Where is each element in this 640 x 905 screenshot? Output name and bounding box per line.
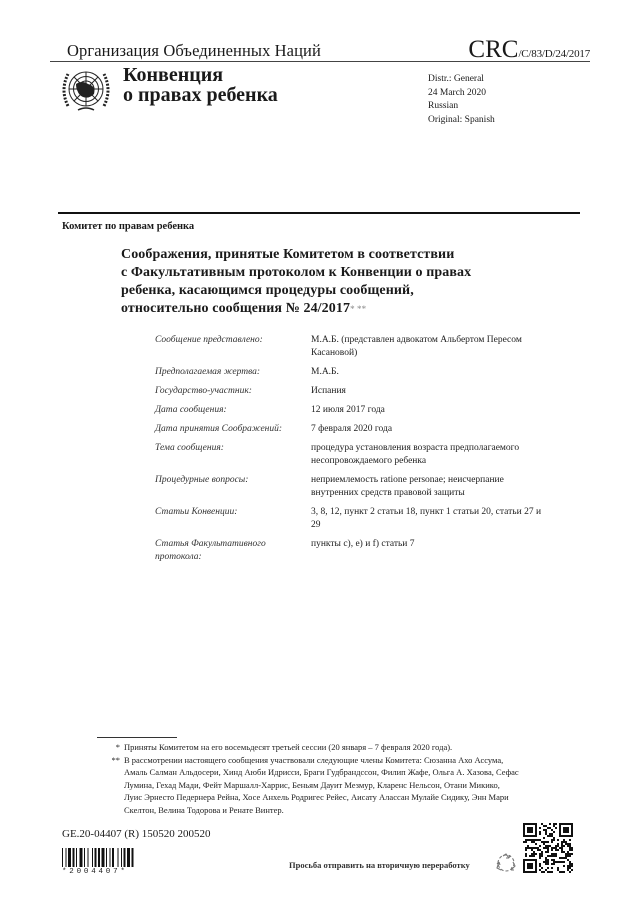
metadata-label: Дата сообщения: — [155, 404, 311, 417]
metadata-label: Тема сообщения: — [155, 442, 311, 468]
footnote-mark: ** — [100, 754, 124, 817]
recycle-notice: Просьба отправить на вторичную переработ… — [289, 860, 470, 870]
metadata-value: М.А.Б. (представлен адвокатом Альбертом … — [311, 334, 545, 360]
title-line: ребенка, касающимся процедуры сообщений, — [121, 282, 471, 300]
convention-title-line1: Конвенция — [123, 65, 278, 85]
metadata-label: Статьи Конвенции: — [155, 506, 311, 532]
distribution-date: 24 March 2020 — [428, 87, 495, 101]
document-symbol: CRC/C/83/D/24/2017 — [468, 36, 590, 64]
barcode-icon — [62, 848, 152, 867]
metadata-row: Статья Факультативного протокола:пункты … — [155, 538, 545, 564]
title-line: с Факультативным протоколом к Конвенции … — [121, 264, 471, 282]
metadata-label: Статья Факультативного протокола: — [155, 538, 311, 564]
metadata-row: Дата сообщения:12 июля 2017 года — [155, 404, 545, 417]
metadata-row: Предполагаемая жертва:М.А.Б. — [155, 366, 545, 379]
footnotes: * Приняты Комитетом на его восемьдесят т… — [100, 741, 520, 816]
metadata-label: Процедурные вопросы: — [155, 474, 311, 500]
footnote-mark: * — [100, 741, 124, 754]
metadata-value: пункты c), e) и f) статьи 7 — [311, 538, 545, 564]
convention-title-line2: о правах ребенка — [123, 85, 278, 105]
metadata-row: Дата принятия Соображений:7 февраля 2020… — [155, 423, 545, 436]
footnote: * Приняты Комитетом на его восемьдесят т… — [100, 741, 520, 754]
metadata-value: М.А.Б. — [311, 366, 545, 379]
metadata-row: Тема сообщения:процедура установления во… — [155, 442, 545, 468]
communication-metadata-table: Сообщение представлено:М.А.Б. (представл… — [155, 334, 545, 564]
footnote-text: В рассмотрении настоящего сообщения учас… — [124, 754, 520, 817]
metadata-value: 3, 8, 12, пункт 2 статьи 18, пункт 1 ста… — [311, 506, 545, 532]
metadata-value: неприемлемость ratione personae; неисчер… — [311, 474, 545, 500]
title-line: относительно сообщения № 24/2017* ** — [121, 300, 471, 318]
symbol-main: CRC — [468, 36, 518, 63]
un-emblem-icon — [58, 66, 114, 114]
header-rule — [50, 61, 590, 62]
footnote: ** В рассмотрении настоящего сообщения у… — [100, 754, 520, 817]
metadata-value: Испания — [311, 385, 545, 398]
metadata-row: Статьи Конвенции:3, 8, 12, пункт 2 стать… — [155, 506, 545, 532]
job-number: GE.20-04407 (R) 150520 200520 — [62, 828, 211, 840]
distribution-block: Distr.: General 24 March 2020 Russian Or… — [428, 73, 495, 127]
footnote-text: Приняты Комитетом на его восемьдесят тре… — [124, 741, 520, 754]
metadata-value: процедура установления возраста предпола… — [311, 442, 545, 468]
metadata-label: Дата принятия Соображений: — [155, 423, 311, 436]
title-footnote-marks: * ** — [350, 304, 366, 314]
metadata-value: 7 февраля 2020 года — [311, 423, 545, 436]
original-language: Original: Spanish — [428, 114, 495, 128]
convention-title: Конвенция о правах ребенка — [123, 65, 278, 105]
distribution-type: Distr.: General — [428, 73, 495, 87]
metadata-label: Сообщение представлено: — [155, 334, 311, 360]
committee-name: Комитет по правам ребенка — [62, 221, 194, 232]
metadata-row: Государство-участник:Испания — [155, 385, 545, 398]
metadata-row: Процедурные вопросы:неприемлемость ratio… — [155, 474, 545, 500]
document-title: Соображения, принятые Комитетом в соотве… — [121, 246, 471, 318]
footnote-rule — [97, 737, 177, 738]
barcode-text: *2004407* — [62, 868, 152, 876]
metadata-value: 12 июля 2017 года — [311, 404, 545, 417]
symbol-suffix: /C/83/D/24/2017 — [518, 48, 590, 60]
title-line-text: относительно сообщения № 24/2017 — [121, 301, 350, 316]
title-line: Соображения, принятые Комитетом в соотве… — [121, 246, 471, 264]
distribution-language: Russian — [428, 100, 495, 114]
organization-name: Организация Объединенных Наций — [67, 41, 321, 61]
qr-code-icon — [523, 823, 573, 873]
metadata-label: Государство-участник: — [155, 385, 311, 398]
metadata-row: Сообщение представлено:М.А.Б. (представл… — [155, 334, 545, 360]
metadata-label: Предполагаемая жертва: — [155, 366, 311, 379]
section-rule — [58, 212, 580, 214]
recycle-icon — [495, 852, 517, 874]
